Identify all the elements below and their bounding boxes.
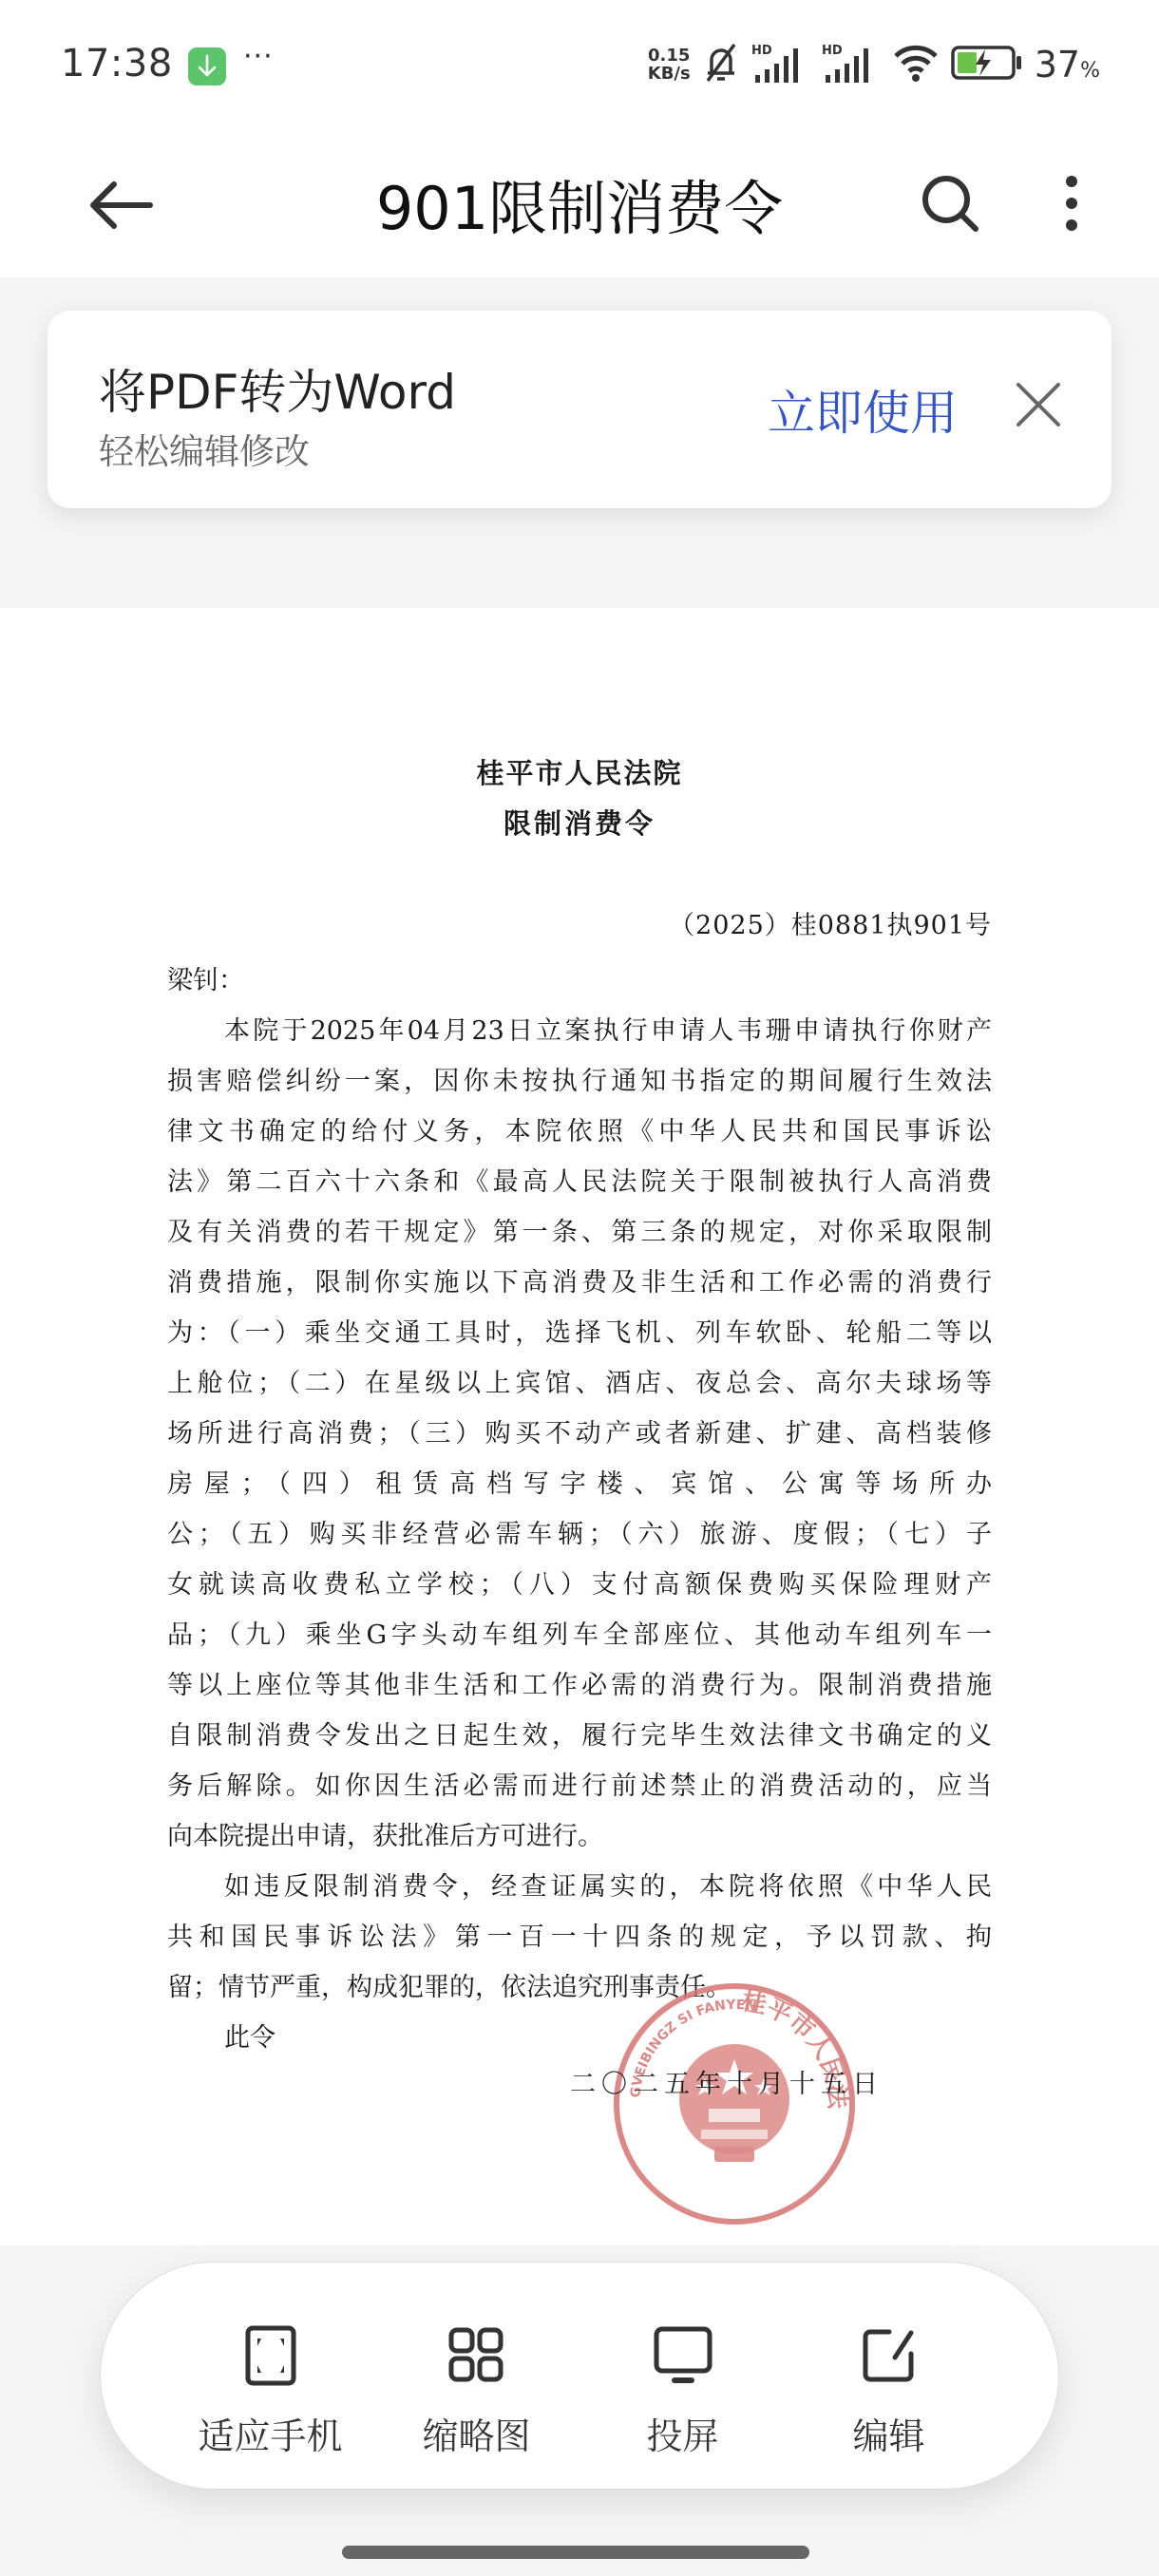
search-button[interactable] [912, 165, 988, 241]
signal-hd-icon-2: HD [822, 41, 881, 88]
cast-screen-icon [653, 2325, 713, 2386]
close-banner-button[interactable] [1007, 373, 1070, 436]
body-line: 律文书确定的给付义务，本院依照《中华人民共和国民事诉讼 [167, 1107, 992, 1157]
body-line: 品；（九）乘坐G字头动车组列车全部座位、其他动车组列车一 [167, 1610, 992, 1660]
edit-icon [859, 2325, 920, 2386]
body-line: 上舱位；（二）在星级以上宾馆、酒店、夜总会、高尔夫球场等 [167, 1358, 992, 1409]
body-line: 如违反限制消费令，经查证属实的，本院将依照《中华人民 [167, 1862, 992, 1912]
home-indicator[interactable] [342, 2546, 809, 2559]
more-notifications-indicator: ··· [243, 40, 274, 73]
more-vertical-icon [1062, 174, 1081, 233]
wifi-icon [892, 41, 940, 88]
body-line: 自限制消费令发出之日起生效，履行完毕生效法律文书确定的义 [167, 1711, 992, 1761]
edit-button[interactable]: 编辑 [799, 2263, 979, 2489]
body-line: 及有关消费的若干规定》第一条、第三条的规定，对你采取限制 [167, 1207, 992, 1258]
status-bar: 17:38 ··· 0.15 KB/s HD HD 37% [0, 0, 1159, 133]
body-line: 损害赔偿纠纷一案，因你未按执行通知书指定的期间履行生效法 [167, 1056, 992, 1107]
status-icons: 0.15 KB/s HD HD 37% [648, 38, 1100, 91]
more-options-button[interactable] [1035, 165, 1108, 241]
body-line: 房屋；（四）租赁高档写字楼、宾馆、公寓等场所办 [167, 1459, 992, 1509]
svg-text:HD: HD [822, 44, 843, 58]
status-time: 17:38 [61, 42, 173, 85]
app-bar: 901限制消费令 [0, 133, 1159, 277]
body-line: 消费措施，限制你实施以下高消费及非生活和工作必需的消费行 [167, 1258, 992, 1308]
pdf-page[interactable]: 桂平市人民法院 限制消费令 （2025）桂0881执901号 梁钊： 本院于20… [0, 608, 1159, 2245]
closing-line: 此令 [167, 2013, 992, 2063]
close-icon [1015, 381, 1062, 428]
body-line: 等以上座位等其他非生活和工作必需的消费行为。限制消费措施 [167, 1660, 992, 1711]
body-line: 公；（五）购买非经营必需车辆；（六）旅游、度假；（七）子 [167, 1509, 992, 1560]
download-icon [188, 47, 226, 85]
body-line: 为：（一）乘坐交通工具时，选择飞机、列车软卧、轮船二等以 [167, 1308, 992, 1358]
pdf-to-word-banner: 将PDF转为Word 轻松编辑修改 立即使用 [47, 311, 1111, 508]
sign-date: 二〇二五年十月十五日 [570, 2063, 883, 2100]
thumbnail-grid-icon [446, 2325, 507, 2386]
banner-subtitle: 轻松编辑修改 [99, 423, 310, 474]
banner-title: 将PDF转为Word [99, 354, 456, 423]
document-body: 梁钊： 本院于2025年04月23日立案执行申请人韦珊申请执行你财产 损害赔偿纠… [167, 956, 992, 2063]
addressee: 梁钊： [167, 956, 992, 1006]
thumbnail-button[interactable]: 缩略图 [387, 2263, 567, 2489]
bell-muted-icon [702, 41, 740, 88]
cast-screen-button[interactable]: 投屏 [593, 2263, 773, 2489]
body-line: 场所进行高消费；（三）购买不动产或者新建、扩建、高档装修 [167, 1409, 992, 1459]
court-name: 桂平市人民法院 [0, 752, 1159, 791]
body-line: 法》第二百六十六条和《最高人民法院关于限制被执行人高消费 [167, 1157, 992, 1207]
battery-charging-icon [951, 44, 1023, 85]
body-line: 共和国民事诉讼法》第一百一十四条的规定，予以罚款、拘 [167, 1912, 992, 1962]
use-now-button[interactable]: 立即使用 [768, 375, 958, 444]
case-number: （2025）桂0881执901号 [669, 904, 992, 941]
battery-percent: 37% [1035, 44, 1100, 85]
body-line: 向本院提出申请，获批准后方可进行。 [167, 1811, 992, 1862]
body-line: 本院于2025年04月23日立案执行申请人韦珊申请执行你财产 [167, 1006, 992, 1056]
document-title: 限制消费令 [0, 803, 1159, 842]
body-line: 务后解除。如你因生活必需而进行前述禁止的消费活动的，应当 [167, 1761, 992, 1811]
fit-screen-button[interactable]: 适应手机 [180, 2263, 361, 2489]
body-line: 女就读高收费私立学校；（八）支付高额保费购买保险理财产 [167, 1560, 992, 1610]
body-line: 留；情节严重，构成犯罪的，依法追究刑事责任。 [167, 1962, 992, 2013]
bottom-toolbar: 适应手机 缩略图 投屏 编辑 [100, 2262, 1059, 2490]
network-speed: 0.15 KB/s [648, 47, 691, 83]
signal-hd-icon: HD [751, 41, 810, 88]
svg-text:HD: HD [751, 44, 772, 58]
search-icon [919, 172, 981, 235]
fit-screen-icon [240, 2325, 301, 2386]
